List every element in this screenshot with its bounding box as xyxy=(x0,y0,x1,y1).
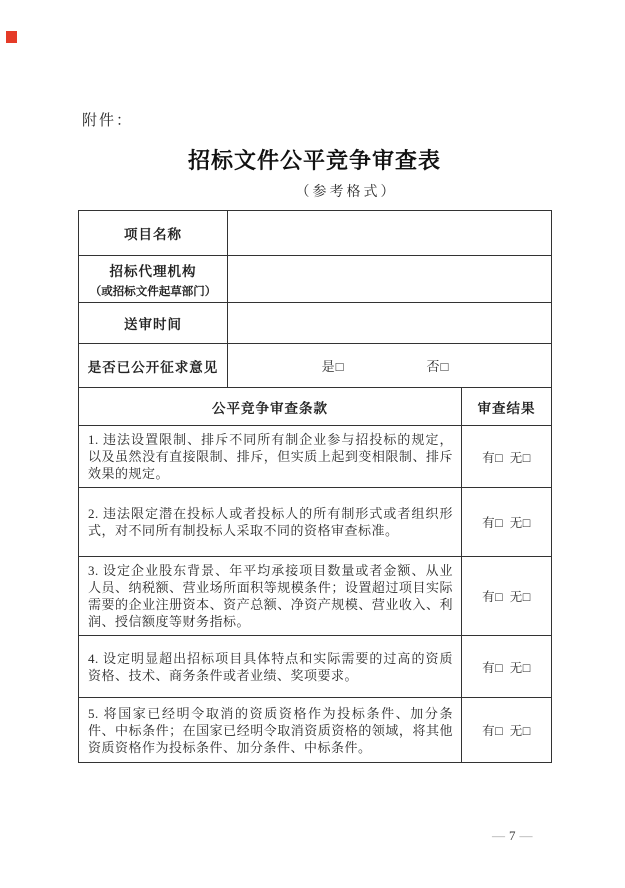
table-row-clause-4: 4. 设定明显超出招标项目具体特点和实际需要的过高的资质资格、技术、商务条件或者… xyxy=(79,636,552,698)
clause-1-result-options[interactable]: 有□ 无□ xyxy=(462,426,552,488)
table-row-clause-1: 1. 违法设置限制、排斥不同所有制企业参与招投标的规定，以及虽然没有直接限制、排… xyxy=(79,426,552,488)
project-name-label: 项目名称 xyxy=(79,211,228,256)
clause-1-text: 1. 违法设置限制、排斥不同所有制企业参与招投标的规定，以及虽然没有直接限制、排… xyxy=(79,426,462,488)
submission-time-label: 送审时间 xyxy=(79,303,228,344)
document-page: 附件： 招标文件公平竞争审查表 （参考格式） 项目名称 招标代理机构 （或招标文… xyxy=(0,0,625,888)
table-row-clause-5: 5. 将国家已经明令取消的资质资格作为投标条件、加分条件、中标条件；在国家已经明… xyxy=(79,698,552,763)
table-row-clause-3: 3. 设定企业股东背景、年平均承接项目数量或者金额、从业人员、纳税额、营业场所面… xyxy=(79,557,552,636)
table-row-public-comment: 是否已公开征求意见 是□ 否□ xyxy=(79,344,552,388)
clause-4-result-options[interactable]: 有□ 无□ xyxy=(462,636,552,698)
page-number-right-dash: — xyxy=(520,828,535,843)
review-table-header-row: 公平竞争审查条款 审查结果 xyxy=(79,388,552,426)
no-checkbox-option[interactable]: 否□ xyxy=(427,356,450,375)
page-number-value: 7 xyxy=(507,828,520,843)
clause-2-result-options[interactable]: 有□ 无□ xyxy=(462,488,552,557)
clause-3-result-options[interactable]: 有□ 无□ xyxy=(462,557,552,636)
clause-4-text: 4. 设定明显超出招标项目具体特点和实际需要的过高的资质资格、技术、商务条件或者… xyxy=(79,636,462,698)
agency-label: 招标代理机构 （或招标文件起草部门） xyxy=(79,256,228,303)
table-row-agency: 招标代理机构 （或招标文件起草部门） xyxy=(79,256,552,303)
public-comment-label: 是否已公开征求意见 xyxy=(79,344,228,388)
clause-5-result-options[interactable]: 有□ 无□ xyxy=(462,698,552,763)
agency-input-cell[interactable] xyxy=(228,256,552,303)
clause-5-text: 5. 将国家已经明令取消的资质资格作为投标条件、加分条件、中标条件；在国家已经明… xyxy=(79,698,462,763)
page-number-left-dash: — xyxy=(492,828,507,843)
project-name-input-cell[interactable] xyxy=(228,211,552,256)
attachment-label: 附件： xyxy=(82,109,133,130)
result-column-header: 审查结果 xyxy=(462,388,552,426)
submission-time-input-cell[interactable] xyxy=(228,303,552,344)
page-number: —7— xyxy=(492,828,535,844)
clause-2-text: 2. 违法限定潜在投标人或者投标人的所有制形式或者组织形式，对不同所有制投标人采… xyxy=(79,488,462,557)
clause-column-header: 公平竞争审查条款 xyxy=(79,388,462,426)
form-tables: 项目名称 招标代理机构 （或招标文件起草部门） 送审时间 是否已公开征求意见 是… xyxy=(78,210,551,763)
public-comment-options-cell: 是□ 否□ xyxy=(228,344,552,388)
table-row-project-name: 项目名称 xyxy=(79,211,552,256)
page-subtitle: （参考格式） xyxy=(296,181,398,201)
clause-3-text: 3. 设定企业股东背景、年平均承接项目数量或者金额、从业人员、纳税额、营业场所面… xyxy=(79,557,462,636)
yes-checkbox-option[interactable]: 是□ xyxy=(322,356,345,375)
agency-label-line2: （或招标文件起草部门） xyxy=(79,283,227,299)
agency-label-line1: 招标代理机构 xyxy=(110,264,197,279)
info-table: 项目名称 招标代理机构 （或招标文件起草部门） 送审时间 是否已公开征求意见 是… xyxy=(78,210,552,388)
page-title: 招标文件公平竞争审查表 xyxy=(188,144,441,175)
table-row-clause-2: 2. 违法限定潜在投标人或者投标人的所有制形式或者组织形式，对不同所有制投标人采… xyxy=(79,488,552,557)
red-square-marker xyxy=(6,31,17,43)
table-row-submission-time: 送审时间 xyxy=(79,303,552,344)
review-table: 公平竞争审查条款 审查结果 1. 违法设置限制、排斥不同所有制企业参与招投标的规… xyxy=(78,387,552,763)
